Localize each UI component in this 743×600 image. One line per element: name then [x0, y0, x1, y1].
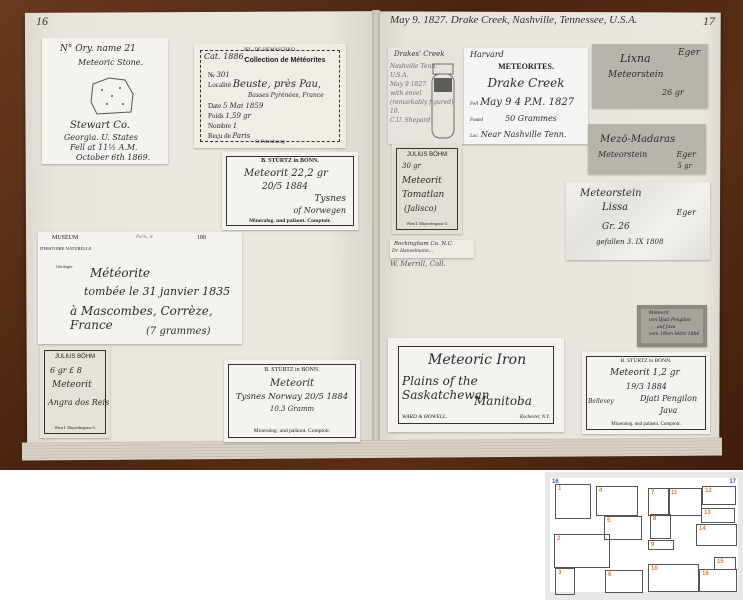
note-merrill-collection: W. Merrill, Coll. [390, 260, 446, 268]
meteorite-sketch-icon [87, 74, 137, 116]
thumbnail-box-number: 7 [651, 490, 654, 496]
thumbnail-box-number: 2 [557, 536, 560, 542]
thumbnail-box-number: 5 [607, 518, 610, 524]
label-tysnes-norway: B. STÜRTZ in BONN. Meteorit Tysnes Norwa… [224, 360, 360, 442]
label-djati-pengilon-small: Meteorit von Djati-Pengilon auf Java vom… [637, 305, 707, 347]
label-mezo-madaras: Mezö-Madaras Meteorstein Eger 5 gr [588, 124, 706, 174]
thumbnail-box-3: 3 [555, 568, 575, 595]
thumbnail-box-number: 4 [599, 488, 602, 494]
label-stewart-county: N° Ory. name 21 Meteoric Stone. Stewart … [42, 38, 168, 164]
thumbnail-box-13: 13 [701, 508, 735, 523]
thumbnail-box-8: 8 [650, 514, 671, 539]
thumbnail-box-number: 14 [699, 526, 706, 532]
thumbnail-box-number: 1 [558, 486, 561, 492]
thumbnail-box-number: 11 [671, 490, 677, 496]
thumbnail-box-14: 14 [696, 524, 737, 546]
label-drakes-creek-shepard: Drakes' Creek Nashville Tenn. U.S.A. May… [388, 48, 464, 144]
book-spine [372, 10, 380, 450]
label-harvard-drake-creek: Harvard METEORITES. Drake Creek Fell May… [464, 48, 588, 144]
thumbnail-box-number: 12 [705, 488, 712, 494]
label-djati-pengilon-sturtz: B. STÜRTZ in BONN. Meteorit 1,2 gr 19/3 … [582, 352, 710, 434]
left-page-number: 16 [36, 14, 48, 29]
thumbnail-box-number: 10 [651, 566, 658, 572]
thumbnail-box-number: 13 [704, 510, 711, 516]
label-tomatlan: JULIUS BÖHM 30 gr Meteorit Tomatlan (Jal… [392, 144, 462, 234]
label-lixna: Lixna Meteorstein 26 gr Eger [592, 44, 708, 108]
label-beuste: JEL. DE SIEMASCHKO. Cat. 1886. Collectio… [194, 44, 346, 148]
thumbnail-box-4: 4 [596, 486, 638, 516]
thumbnail-box-number: 15 [717, 559, 724, 565]
page-edges [22, 438, 722, 461]
thumbnail-box-1: 1 [555, 484, 591, 519]
label-mascombes: MUSEUM D'HISTOIRE NATURELLE Géologie Par… [38, 232, 242, 344]
thumbnail-box-number: 9 [651, 542, 654, 548]
thumbnail-box-10: 10 [648, 564, 699, 592]
thumbnail-box-number: 3 [558, 570, 561, 576]
thumbnail-box-9: 9 [648, 540, 674, 550]
thumbnail-sheet: 16 17 14523671189121314151016 [550, 478, 738, 592]
label-saskatchewan: Meteoric Iron Plains of the Saskatchewan… [388, 338, 564, 432]
layout-thumbnail: 16 17 14523671189121314151016 [545, 472, 743, 600]
thumbnail-box-number: 16 [702, 571, 709, 577]
thumbnail-box-6: 6 [605, 570, 643, 593]
thumbnail-right-page-number: 17 [729, 479, 736, 485]
specimen-vial-sketch-icon [428, 62, 458, 142]
right-page-number: 17 [703, 14, 715, 29]
album-photo: 16 17 May 9. 1827. Drake Creek, Nashvill… [0, 0, 743, 470]
right-page-header: May 9. 1827. Drake Creek, Nashville, Ten… [390, 14, 638, 26]
thumbnail-box-number: 6 [608, 572, 611, 578]
label-tysnes-sturtz: B. STÜRTZ in BONN. Meteorit 22,2 gr 20/5… [222, 152, 358, 230]
thumbnail-box-7: 7 [648, 488, 670, 516]
thumbnail-box-number: 8 [653, 516, 656, 522]
thumbnail-box-2: 2 [554, 534, 610, 568]
thumbnail-box-12: 12 [702, 486, 736, 505]
label-lissa: Meteorstein Lissa Gr. 26 gefallen 3. IX … [566, 182, 710, 260]
label-angra-dos-reis: JULIUS BÖHM 6 gr £ 8 Meteorit Angra dos … [40, 346, 110, 438]
label-rockingham: Rockingham Co. N.C. Dr. Hanselmann... [390, 240, 474, 258]
thumbnail-box-11: 11 [668, 488, 702, 516]
thumbnail-box-16: 16 [699, 569, 737, 592]
